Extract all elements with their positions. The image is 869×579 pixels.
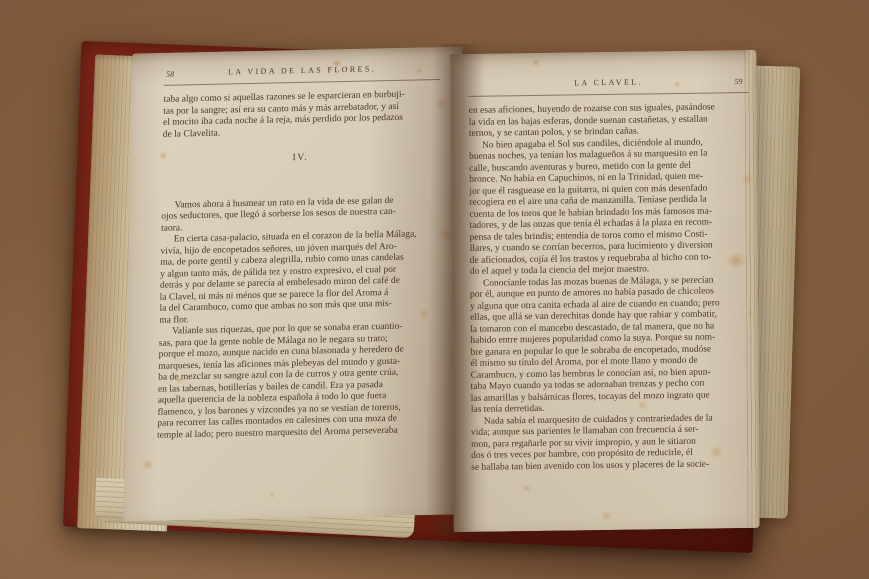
left-page-body: taba algo como si aquellas razones se le… [157,89,440,442]
chapter-heading: IV. [162,150,438,167]
right-running-title: LA CLAVEL. [574,77,643,87]
right-page-number: 59 [735,77,743,86]
right-running-head: LA CLAVEL. 59 [469,76,749,94]
left-page-number: 58 [166,70,174,79]
paragraph: Conocíanle todas las mozas buenas de Mál… [470,274,751,416]
right-page-surface: LA CLAVEL. 59 en esas aficiones, huyendo… [450,50,759,532]
right-page: LA CLAVEL. 59 en esas aficiones, huyendo… [450,50,759,532]
paragraph: Valíanle sus riquezas, que por lo que se… [157,321,435,442]
paragraph: en esas aficiones, huyendo de rozarse co… [469,102,749,140]
paragraph: Nada sabía el marquesito de cuidados y c… [471,412,751,473]
paragraph: En cierta casa-palacio, situada en el co… [159,229,437,327]
paragraph: No bien apagaba el Sol sus candiles, dic… [469,136,750,278]
photo-scene: 58 LA VIDA DE LAS FLORES. taba algo como… [0,0,869,579]
left-running-title: LA VIDA DE LAS FLORES. [228,64,376,76]
paragraph: Vamos ahora á husmear un rato en la vida… [161,195,438,235]
paragraph: taba algo como si aquellas razones se le… [163,89,440,141]
left-page: 58 LA VIDA DE LAS FLORES. taba algo como… [123,47,462,522]
left-page-surface: 58 LA VIDA DE LAS FLORES. taba algo como… [123,47,462,522]
right-page-body: en esas aficiones, huyendo de rozarse co… [469,102,752,474]
